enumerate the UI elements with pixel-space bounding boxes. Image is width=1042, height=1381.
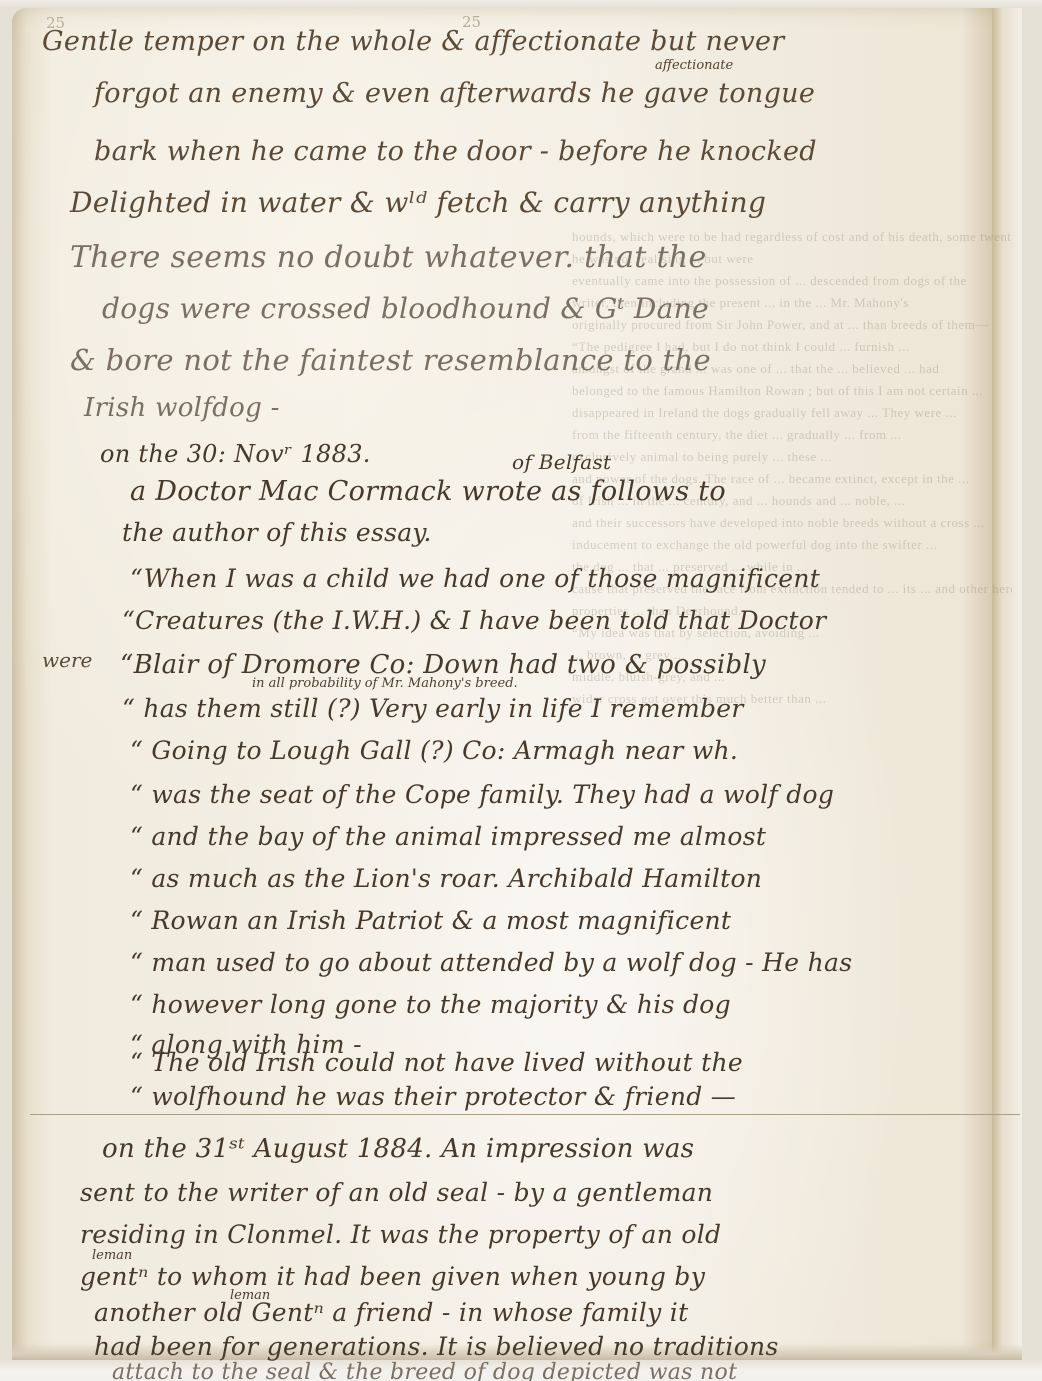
manuscript-line: “ however long gone to the majority & hi…	[130, 990, 731, 1019]
manuscript-line: Gentle temper on the whole & affectionat…	[42, 26, 785, 57]
manuscript-line: a Doctor Mac Cormack wrote as follows to	[130, 476, 726, 507]
manuscript-line: “ Going to Lough Gall (?) Co: Armagh nea…	[130, 736, 738, 765]
page-fold-line	[30, 1114, 1020, 1115]
manuscript-line: attach to the seal & the breed of dog de…	[112, 1360, 737, 1381]
manuscript-line: “Creatures (the I.W.H.) & I have been to…	[122, 606, 826, 635]
manuscript-line: dogs were crossed bloodhound & Gᵗ Dane	[102, 292, 709, 325]
bleed-line: exclusively animal to being purely ... t…	[572, 446, 1012, 468]
interlinear-note: of Belfast	[512, 450, 611, 474]
margin-note: were	[42, 648, 92, 672]
manuscript-line: Irish wolfdog -	[84, 393, 280, 423]
bleed-line: inducement to exchange the old powerful …	[572, 534, 1012, 556]
manuscript-line: had been for generations. It is believed…	[94, 1332, 779, 1361]
manuscript-line: “ was the seat of the Cope family. They …	[130, 780, 834, 809]
manuscript-line: bark when he came to the door - before h…	[94, 136, 817, 167]
bleed-line: belonged to the famous Hamilton Rowan ; …	[572, 380, 1012, 402]
interlinear-note: in all probability of Mr. Mahony's breed…	[252, 676, 518, 691]
manuscript-line: residing in Clonmel. It was the property…	[80, 1220, 721, 1249]
manuscript-line: “ wolfhound he was their protector & fri…	[130, 1082, 736, 1111]
manuscript-line: sent to the writer of an old seal - by a…	[80, 1178, 713, 1207]
manuscript-line: another old Gentⁿ a friend - in whose fa…	[94, 1298, 688, 1327]
manuscript-line: “ has them still (?) Very early in life …	[122, 694, 744, 723]
manuscript-page: hounds, which were to be had regardless …	[12, 8, 1022, 1360]
manuscript-line: Delighted in water & wˡᵈ fetch & carry a…	[70, 186, 766, 219]
manuscript-line: “ Rowan an Irish Patriot & a most magnif…	[130, 906, 731, 935]
manuscript-line: the author of this essay.	[122, 518, 432, 547]
manuscript-line: & bore not the faintest resemblance to t…	[70, 343, 711, 377]
date-line: on the 30: Novʳ 1883.	[100, 440, 371, 468]
manuscript-line: on the 31ˢᵗ August 1884. An impression w…	[102, 1134, 694, 1164]
manuscript-line: There seems no doubt whatever. that the	[70, 240, 707, 275]
bleed-line: from the fifteenth century, the diet ...…	[572, 424, 1012, 446]
manuscript-line: “ as much as the Lion's roar. Archibald …	[130, 864, 762, 893]
bleed-line: disappeared in Ireland the dogs graduall…	[572, 402, 1012, 424]
manuscript-line: “ and the bay of the animal impressed me…	[130, 822, 766, 851]
manuscript-line: “ The old Irish could not have lived wit…	[130, 1048, 743, 1077]
interlinear-note: leman	[92, 1248, 132, 1263]
bleed-line: and their successors have developed into…	[572, 512, 1012, 534]
interlinear-note: affectionate	[655, 58, 733, 73]
manuscript-line: gentⁿ to whom it had been given when you…	[80, 1262, 705, 1291]
manuscript-line: “When I was a child we had one of those …	[130, 564, 820, 593]
manuscript-line: “ man used to go about attended by a wol…	[130, 948, 852, 977]
manuscript-line: forgot an enemy & even afterwards he gav…	[94, 78, 815, 109]
